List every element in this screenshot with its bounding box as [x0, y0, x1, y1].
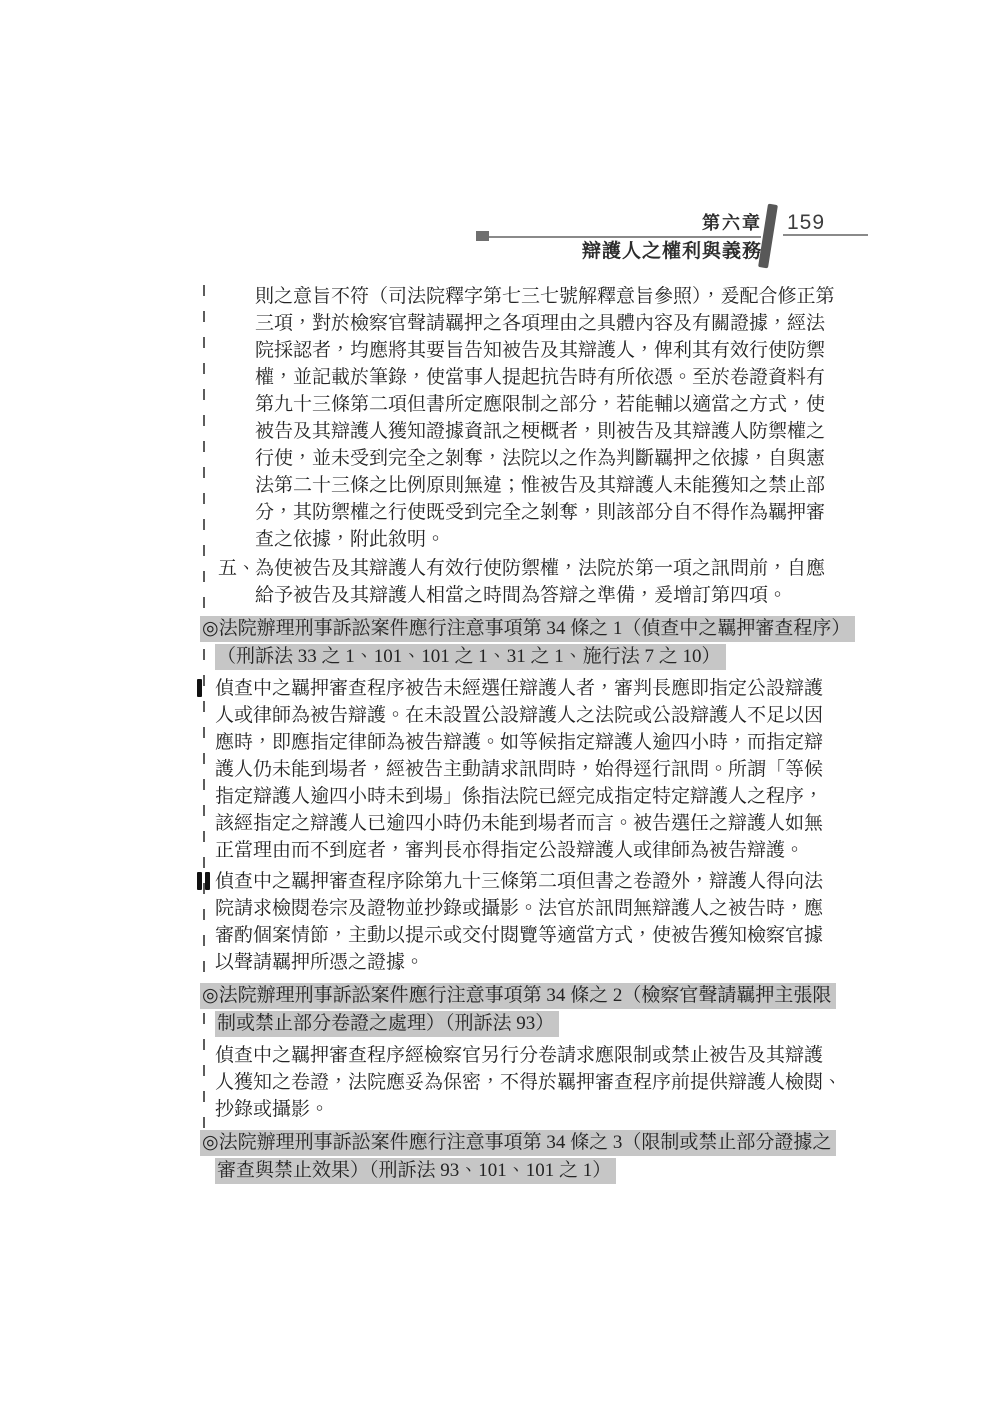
text-line: 審查與禁止效果）（刑訴法 93、101、101 之 1）	[200, 1157, 1000, 1185]
text-line: ◎法院辦理刑事訴訟案件應行注意事項第 34 條之 3（限制或禁止部分證據之	[200, 1129, 1000, 1157]
text-line: 正當理由而不到庭者，審判長亦得指定公設辯護人或律師為被告辯護。	[215, 837, 1000, 864]
marker-bar	[197, 679, 202, 697]
text-line: 第九十三條第二項但書所定應限制之部分，若能輔以適當之方式，使	[255, 391, 1000, 418]
item-marker	[197, 872, 213, 895]
marker-bar	[205, 872, 210, 890]
header-rule-right	[783, 234, 868, 236]
text-line: 被告及其辯護人獲知證據資訊之梗概者，則被告及其辯護人防禦權之	[255, 418, 1000, 445]
text-line: 制或禁止部分卷證之處理）（刑訴法 93）	[200, 1010, 1000, 1038]
text-line: 行使，並未受到完全之剝奪，法院以之作為判斷羈押之依據，自與憲	[255, 445, 1000, 472]
text-line: 給予被告及其辯護人相當之時間為答辯之準備，爰增訂第四項。	[218, 582, 1000, 609]
text-line: （刑訴法 33 之 1、101、101 之 1、31 之 1、施行法 7 之 1…	[200, 643, 1000, 671]
text-line: 為使被告及其辯護人有效行使防禦權，法院於第一項之訊問前，自應	[218, 555, 1000, 582]
text-line: 抄錄或攝影。	[215, 1096, 1000, 1123]
text-line: 該經指定之辯護人已逾四小時仍未能到場者而言。被告選任之辯護人如無	[215, 810, 1000, 837]
text-line: ◎法院辦理刑事訴訟案件應行注意事項第 34 條之 2（檢察官聲請羈押主張限	[200, 982, 1000, 1010]
item-marker	[197, 679, 205, 702]
note-heading: ◎法院辦理刑事訴訟案件應行注意事項第 34 條之 3（限制或禁止部分證據之審查與…	[200, 1129, 1000, 1185]
text-line: 偵查中之羈押審查程序經檢察官另行分卷請求應限制或禁止被告及其辯護	[215, 1042, 1000, 1069]
chapter-title: 第六章	[480, 209, 762, 235]
paragraph: 偵查中之羈押審查程序經檢察官另行分卷請求應限制或禁止被告及其辯護人獲知之卷證，法…	[215, 1042, 1000, 1123]
text-line: 以聲請羈押所憑之證據。	[215, 949, 1000, 976]
text-line: 則之意旨不符（司法院釋字第七三七號解釋意旨參照），爰配合修正第	[255, 283, 1000, 310]
paragraph: 偵查中之羈押審查程序被告未經選任辯護人者，審判長應即指定公設辯護人或律師為被告辯…	[197, 675, 1000, 864]
text-line: 偵查中之羈押審查程序除第九十三條第二項但書之卷證外，辯護人得向法	[215, 868, 1000, 895]
text-line: 法第二十三條之比例原則無違；惟被告及其辯護人未能獲知之禁止部	[255, 472, 1000, 499]
text-line: 人獲知之卷證，法院應妥為保密，不得於羈押審查程序前提供辯護人檢閱、	[215, 1069, 1000, 1096]
text-line: ◎法院辦理刑事訴訟案件應行注意事項第 34 條之 1（偵查中之羈押審查程序）	[200, 615, 1000, 643]
section-title: 辯護人之權利與義務	[480, 236, 762, 263]
scanned-book-page: 第六章 辯護人之權利與義務 159 則之意旨不符（司法院釋字第七三七號解釋意旨參…	[0, 0, 1000, 1415]
text-line: 權，並記載於筆錄，使當事人提起抗告時有所依憑。至於卷證資料有	[255, 364, 1000, 391]
paragraph: 則之意旨不符（司法院釋字第七三七號解釋意旨參照），爰配合修正第三項，對於檢察官聲…	[255, 283, 1000, 553]
page-header: 第六章 辯護人之權利與義務 159	[0, 0, 1000, 280]
body-blocks: 則之意旨不符（司法院釋字第七三七號解釋意旨參照），爰配合修正第三項，對於檢察官聲…	[0, 283, 1000, 1189]
note-heading: ◎法院辦理刑事訴訟案件應行注意事項第 34 條之 2（檢察官聲請羈押主張限制或禁…	[200, 982, 1000, 1038]
text-line: 院採認者，均應將其要旨告知被告及其辯護人，俾利其有效行使防禦	[255, 337, 1000, 364]
paragraph: 偵查中之羈押審查程序除第九十三條第二項但書之卷證外，辯護人得向法院請求檢閱卷宗及…	[197, 868, 1000, 976]
text-line: 審酌個案情節，主動以提示或交付閱覽等適當方式，使被告獲知檢察官據	[215, 922, 1000, 949]
text-line: 查之依據，附此敘明。	[255, 526, 1000, 553]
text-line: 偵查中之羈押審查程序被告未經選任辯護人者，審判長應即指定公設辯護	[215, 675, 1000, 702]
note-heading: ◎法院辦理刑事訴訟案件應行注意事項第 34 條之 1（偵查中之羈押審查程序）（刑…	[200, 615, 1000, 671]
page-number: 159	[787, 211, 825, 235]
text-line: 三項，對於檢察官聲請羈押之各項理由之具體內容及有關證據，經法	[255, 310, 1000, 337]
paragraph: 五、為使被告及其辯護人有效行使防禦權，法院於第一項之訊問前，自應給予被告及其辯護…	[218, 555, 1000, 609]
text-line: 護人仍未能到場者，經被告主動請求訊問時，始得逕行訊問。所謂「等候	[215, 756, 1000, 783]
text-line: 分，其防禦權之行使既受到完全之剝奪，則該部分自不得作為羈押審	[255, 499, 1000, 526]
item-marker: 五、	[218, 555, 256, 582]
text-line: 指定辯護人逾四小時未到場」係指法院已經完成指定特定辯護人之程序，	[215, 783, 1000, 810]
text-line: 院請求檢閱卷宗及證物並抄錄或攝影。法官於訊問無辯護人之被告時，應	[215, 895, 1000, 922]
text-line: 應時，即應指定律師為被告辯護。如等候指定辯護人逾四小時，而指定辯	[215, 729, 1000, 756]
marker-bar	[197, 872, 202, 890]
text-line: 人或律師為被告辯護。在未設置公設辯護人之法院或公設辯護人不足以因	[215, 702, 1000, 729]
